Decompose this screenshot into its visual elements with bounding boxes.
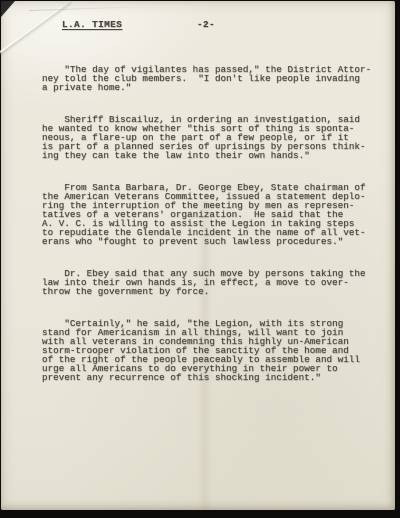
scanned-document: L.A. TIMES -2- "The day of vigilantes ha… (0, 0, 400, 518)
page-number: -2- (197, 19, 215, 30)
corner-fold-shadow (1, 1, 15, 17)
typewritten-paragraph: Dr. Ebey said that any such move by pers… (42, 269, 378, 296)
publication-name: L.A. TIMES (62, 19, 122, 30)
typewritten-paragraph: From Santa Barbara, Dr. George Ebey, Sta… (42, 183, 378, 246)
typewritten-paragraph: Sheriff Biscailuz, in ordering an invest… (42, 115, 378, 160)
typewritten-paragraph: "The day of vigilantes has passed," the … (42, 65, 378, 92)
paper-crease-top (29, 6, 149, 11)
page-header: L.A. TIMES -2- (1, 19, 395, 31)
typewritten-paragraph: "Certainly," he said, "the Legion, with … (42, 319, 378, 382)
document-body: "The day of vigilantes has passed," the … (42, 47, 378, 405)
document-page: L.A. TIMES -2- "The day of vigilantes ha… (1, 1, 395, 510)
